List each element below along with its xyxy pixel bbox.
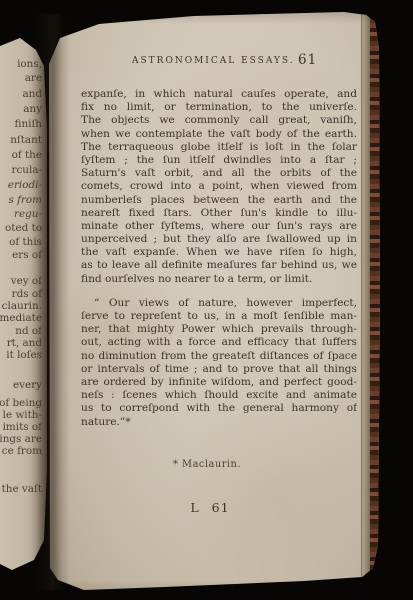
text-line: The objects we commonly call great, vani…: [81, 114, 357, 127]
page-edge-fragment: ings are: [0, 433, 42, 445]
book-photo: ions,areandanyfiniſhnſtantof thercula-er…: [0, 0, 413, 600]
page-edge-fragment: s from: [8, 194, 42, 206]
page-edge-fragment: it loſes: [6, 349, 42, 361]
text-line: neſs : ſcenes which ſhould excite and an…: [81, 389, 357, 402]
text-line: find ourſelves no nearer to a term, or l…: [81, 273, 357, 286]
text-line: ſerve to repreſent to us, in a moſt ſenſ…: [81, 310, 357, 323]
page-edge-fragment: and: [22, 88, 42, 100]
page-edge-fragment: the vaſt: [2, 483, 42, 495]
page-edge-fragment: nſtant: [10, 134, 42, 146]
page-edge-fragment: ce from: [2, 445, 42, 457]
page-edge-fragment: rds of: [12, 288, 42, 300]
text-line: the vaſt expanſe. When we have riſen ſo …: [81, 246, 357, 259]
page-edge-fragment: of this: [9, 236, 42, 248]
text-line: no diminution from the greateſt diſtance…: [81, 350, 357, 363]
text-line: ſyſtem ; the ſun itſelf dwindles into a …: [81, 154, 357, 167]
text-line: minate other ſyſtems, where our ſun's ra…: [81, 220, 357, 233]
page-edge-fragment: le with-: [3, 409, 42, 421]
paragraph-2: “ Our views of nature, however imperfect…: [81, 297, 357, 429]
page-edge-fragment: ers of: [12, 249, 42, 261]
running-title: ASTRONOMICAL ESSAYS.: [132, 56, 282, 66]
page-edge-fragment: vey of: [11, 275, 42, 287]
previous-page-edge: ions,areandanyfiniſhnſtantof thercula-er…: [0, 0, 48, 600]
text-line: or intervals of time ; and to prove that…: [81, 363, 357, 376]
text-line: out, acting with a force and efficacy th…: [81, 336, 357, 349]
page-edge-fragment: of being: [0, 397, 42, 409]
text-line: unperceived ; but they alſo are ſwallowe…: [81, 233, 357, 246]
text-line: when we contemplate the vaſt body of the…: [81, 128, 357, 141]
page-edge-fragment: imits of: [3, 421, 42, 433]
page-edge-fragment: are: [25, 72, 42, 84]
page-edge-fragment: finiſh: [15, 118, 42, 130]
page-edge-fragment: every: [13, 379, 42, 391]
page-edge-fragment: oted to: [5, 222, 42, 234]
book-page: ASTRONOMICAL ESSAYS. 61 expanſe, in whic…: [44, 0, 382, 600]
page-edge-fragment: any: [23, 103, 42, 115]
text-line: Saturn's vaſt orbit, and all the orbits …: [81, 167, 357, 180]
signature-mark: L 61: [81, 500, 339, 515]
page-edge-fragment: rt, and: [7, 337, 42, 349]
fore-edge-pages: [361, 0, 370, 600]
paragraph-1: expanſe, in which natural cauſes operate…: [81, 88, 357, 286]
text-line: nature.”*: [81, 416, 357, 429]
text-line: “ Our views of nature, however imperfect…: [81, 297, 357, 310]
text-line: are ordered by infinite wiſdom, and perf…: [81, 376, 357, 389]
text-line: comets, crowd into a point, when viewed …: [81, 180, 357, 193]
text-line: neareſt fixed ſtars. Other ſun's kindle …: [81, 207, 357, 220]
text-line: fix no limit, or termination, to the uni…: [81, 101, 357, 114]
footnote: * Maclaurin.: [81, 459, 333, 470]
page-edge-fragment: rcula-: [11, 164, 42, 176]
text-line: ner, that mighty Power which prevails th…: [81, 323, 357, 336]
page-edge-fragment: of the: [12, 149, 42, 161]
page-edge-fragment: claurin.: [2, 300, 42, 312]
page-edge-fragment: ions,: [17, 58, 42, 70]
page-number: 61: [298, 52, 317, 68]
marbled-cover-edge: [370, 0, 380, 600]
text-line: expanſe, in which natural cauſes operate…: [81, 88, 357, 101]
text-line: us to correſpond with the general harmon…: [81, 402, 357, 415]
page-edge-fragment: regu-: [14, 208, 42, 220]
text-line: The terraqueous globe itſelf is loſt in …: [81, 141, 357, 154]
text-line: numberleſs places between the earth and …: [81, 194, 357, 207]
page-edge-fragment: mediate: [0, 312, 42, 324]
page-edge-fragment: eriodi-: [8, 179, 42, 191]
text-line: as to leave all definite meaſures far be…: [81, 259, 357, 272]
page-edge-fragment: nd of: [15, 325, 42, 337]
body-text: expanſe, in which natural cauſes operate…: [81, 88, 357, 429]
